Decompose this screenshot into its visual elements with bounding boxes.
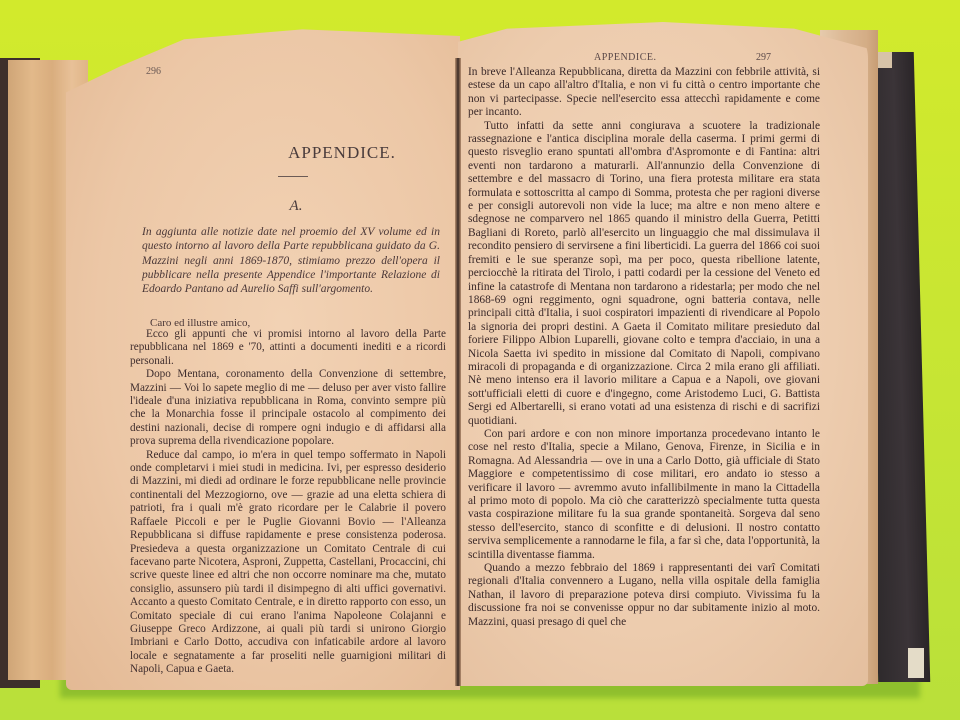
paragraph: Reduce dal campo, io m'era in quel tempo… bbox=[130, 449, 446, 677]
left-page-body: Ecco gli appunti che vi promisi intorno … bbox=[130, 328, 446, 677]
paragraph: Quando a mezzo febbraio del 1869 i rappr… bbox=[468, 562, 820, 629]
paragraph: Tutto infatti da sette anni congiurava a… bbox=[468, 120, 820, 428]
cover-corner-bottom bbox=[908, 648, 924, 678]
appendix-heading: APPENDICE. bbox=[242, 143, 442, 163]
running-head: APPENDICE. bbox=[594, 52, 657, 63]
paragraph: Dopo Mentana, coronamento della Convenzi… bbox=[130, 368, 446, 448]
right-page: APPENDICE. 297 In breve l'Alleanza Repub… bbox=[458, 22, 868, 686]
editorial-intro: In aggiunta alle notizie date nel proemi… bbox=[142, 225, 440, 296]
page-number-right: 297 bbox=[756, 52, 771, 63]
book-gutter bbox=[455, 58, 461, 686]
paragraph: Ecco gli appunti che vi promisi intorno … bbox=[130, 328, 446, 368]
page-number-left: 296 bbox=[146, 66, 161, 77]
heading-divider bbox=[278, 176, 308, 177]
left-page: 296 APPENDICE. A. In aggiunta alle notiz… bbox=[66, 26, 460, 690]
paragraph: In breve l'Alleanza Repubblicana, dirett… bbox=[468, 66, 820, 120]
right-page-body: In breve l'Alleanza Repubblicana, dirett… bbox=[468, 66, 820, 629]
paragraph: Con pari ardore e con non minore importa… bbox=[468, 428, 820, 562]
section-letter: A. bbox=[276, 198, 316, 215]
